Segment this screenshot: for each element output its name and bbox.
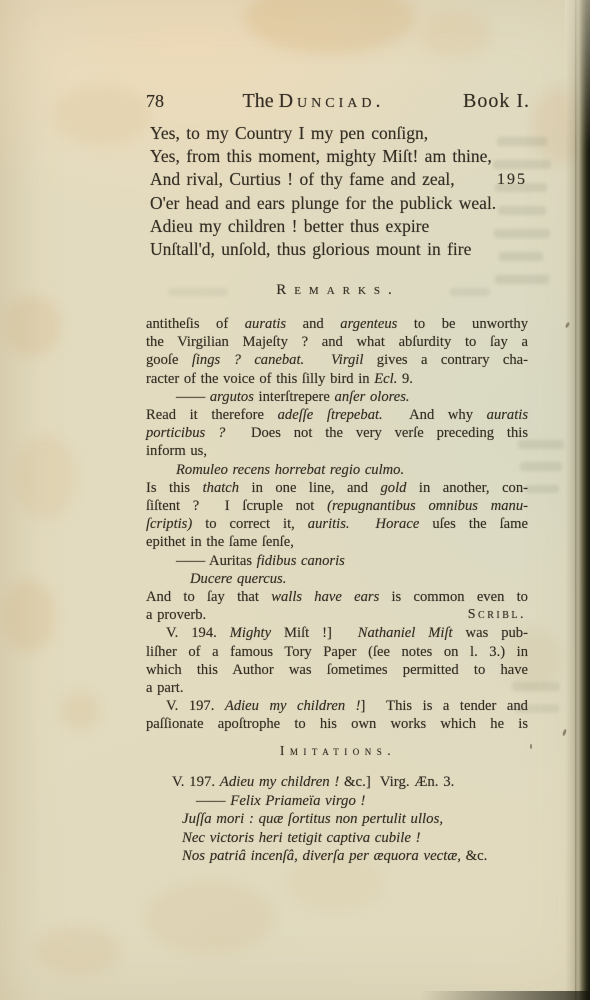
text-segment: Juſſa mori : quæ ſortitus non pertulit u… [182,811,443,827]
foxing-stain [60,690,100,730]
text-line: antitheſis of auratis and argenteus to b… [146,315,528,333]
text-segment: Adieu my children ! better thus expire [150,216,429,236]
text-segment: auratis [487,407,528,423]
text-segment: Does not the very verſe preceding this [225,425,528,441]
text-line: Ducere quercus. [146,570,528,588]
text-line: V. 197. Adieu my children ! &c.] Virg. Æ… [152,773,534,792]
text-segment: walls have ears [271,589,379,605]
text-line: ſiſtent ? I ſcruple not (repugnantibus o… [146,497,528,515]
text-segment: &c.] Virg. Æn. 3. [339,774,454,790]
text-segment: is common even to [379,589,528,605]
text-segment: epithet in the ſame ſenſe, [146,534,294,550]
text-segment: —— [196,793,230,809]
text-segment: V. 197. [172,774,220,790]
ink-speck [530,744,532,749]
text-segment: interſtrepere [254,389,335,405]
text-segment: was pub- [453,625,528,641]
text-segment: —— Auritas [176,553,257,569]
text-segment: Virgil [331,352,363,368]
imitations-heading: Imitations. [146,744,530,758]
text-line: V. 194. Mighty Miſt !] Nathaniel Miſt wa… [146,624,528,642]
text-line: —— argutos interſtrepere anſer olores. [146,388,528,406]
text-segment: gives a contrary cha- [363,352,528,368]
text-segment: Mighty [230,625,271,641]
poem-section: Yes, to my Country I my pen conſign,Yes,… [150,122,527,261]
running-head: 78 The Dunciad. Book I. [146,90,530,114]
page-number: 78 [146,91,164,112]
running-title-main: Dunciad. [279,90,385,112]
text-segment: Romuleo recens horrebat regio culmo. [176,462,404,478]
text-segment: (repugnantibus omnibus manu- [327,498,528,514]
text-segment: Unſtall'd, unſold, thus glorious mount i… [150,239,471,259]
text-segment: Nec victoris heri tetigit captiva cubile… [182,830,421,846]
text-segment: antitheſis of [146,316,245,332]
foxing-stain [420,12,490,57]
text-line: O'er head and ears plunge for the public… [150,192,527,215]
text-segment: a part. [146,680,183,696]
text-line: Yes, to my Country I my pen conſign, [150,122,527,145]
text-segment [350,516,376,532]
foxing-stain [15,435,77,520]
remarks-heading: Remarks. [146,283,530,298]
text-segment: O'er head and ears plunge for the public… [150,193,496,213]
text-segment: Adieu my children ! [220,774,340,790]
text-segment: racter of the voice of this ſilly bird i… [146,371,374,387]
text-line: epithet in the ſame ſenſe, [146,533,528,551]
text-segment: Is this [146,480,203,496]
text-segment: And to ſay that [146,589,271,605]
text-segment: and [286,316,340,332]
text-line: Adieu my children ! better thus expire [150,215,527,238]
text-line: Romuleo recens horrebat regio culmo. [146,461,528,479]
text-line: ſcriptis) to correct it, auritis. Horace… [146,515,528,533]
text-line: Yes, from this moment, mighty Miſt! am t… [150,145,527,168]
text-segment: ſcriptis) [146,516,192,532]
text-segment: to correct it, [192,516,308,532]
text-segment: And rival, Curtius ! of thy fame and zea… [150,169,455,189]
text-segment: adeſſe ſtrepebat. [278,407,383,423]
text-line: racter of the voice of this ſilly bird i… [146,370,528,388]
text-segment: ſiſtent ? I ſcruple not [146,498,327,514]
text-line: Read it therefore adeſſe ſtrepebat. And … [146,406,528,424]
text-segment: Ducere quercus. [190,571,286,587]
text-line: V. 197. Adieu my children !] This is a t… [146,697,528,715]
text-segment: thatch [203,480,239,496]
text-segment: Read it therefore [146,407,278,423]
text-segment: Yes, to my Country I my pen conſign, [150,123,428,143]
text-segment: auratis [245,316,286,332]
text-line: inform us, [146,442,528,460]
text-segment: a proverb. [146,607,206,623]
text-line: Unſtall'd, unſold, thus glorious mount i… [150,238,527,261]
text-line: And to ſay that walls have ears is commo… [146,588,528,606]
text-segment [304,352,331,368]
text-segment: which this Author was ſometimes permitte… [146,662,528,678]
text-line: —— Auritas fidibus canoris [146,552,528,570]
text-segment: 9. [397,371,413,387]
text-segment: auritis. [308,516,350,532]
text-segment: argenteus [340,316,397,332]
text-line: a proverb.Scribl. [146,606,528,624]
text-segment: porticibus ? [146,425,225,441]
foxing-stain [35,925,120,977]
text-segment: in one line, and [239,480,380,496]
foxing-stain [245,0,415,54]
text-segment: Miſt !] [271,625,358,641]
text-segment: Adieu my children ! [225,698,361,714]
text-segment: inform us, [146,443,207,459]
text-line: gooſe ſings ? canebat. Virgil gives a co… [146,351,528,369]
book-label: Book I. [463,90,530,113]
text-segment: canebat. [254,352,304,368]
text-line: Nec victoris heri tetigit captiva cubile… [152,829,534,848]
text-segment: fidibus canoris [257,553,345,569]
text-line: a part. [146,679,528,697]
text-line: And rival, Curtius ! of thy fame and zea… [150,168,527,191]
text-segment: Felix Priameïa virgo ! [230,793,365,809]
foxing-stain [145,882,275,954]
text-segment: anſer olores. [335,389,410,405]
running-title-pre: The [243,90,274,112]
text-segment: Nathaniel Miſt [358,625,453,641]
text-line: Nos patriâ incenſâ, diverſa per æquora v… [152,847,534,866]
text-line: paſſionate apoſtrophe to his own works w… [146,715,528,733]
text-line: Juſſa mori : quæ ſortitus non pertulit u… [152,810,534,829]
attribution-scribl: Scribl. [468,606,526,624]
text-segment: &c. [461,848,487,864]
show-through-ghost [525,485,559,493]
bottom-corner-shadow [420,991,590,1000]
remarks-section: antitheſis of auratis and argenteus to b… [146,315,528,734]
text-segment: to be unworthy [397,316,528,332]
foxing-stain [55,85,150,145]
text-segment: paſſionate apoſtrophe to his own works w… [146,716,528,732]
text-line: Is this thatch in one line, and gold in … [146,479,528,497]
text-segment: V. 194. [166,625,230,641]
imitations-section: V. 197. Adieu my children ! &c.] Virg. Æ… [152,773,534,866]
text-segment: the Virgilian Majeſty ? and what abſurdi… [146,334,528,350]
text-segment: Yes, from this moment, mighty Miſt! am t… [150,146,492,166]
text-line: which this Author was ſometimes permitte… [146,661,528,679]
text-segment: argutos [210,389,254,405]
text-segment: in another, con- [406,480,528,496]
text-segment: And why [383,407,487,423]
text-segment: V. 197. [166,698,225,714]
text-segment: gooſe [146,352,192,368]
text-line: porticibus ? Does not the very verſe pre… [146,424,528,442]
poem-line-number: 195 [497,168,527,191]
text-line: the Virgilian Majeſty ? and what abſurdi… [146,333,528,351]
text-segment: Nos patriâ incenſâ, diverſa per æquora v… [182,848,461,864]
text-segment: gold [381,480,407,496]
text-segment: Horace [376,516,420,532]
page-edge-shadow [565,0,590,1000]
text-segment: Ecl. [374,371,397,387]
text-segment: —— [176,389,210,405]
text-line: —— Felix Priameïa virgo ! [152,792,534,811]
foxing-stain [4,580,56,652]
text-segment: uſes the ſame [419,516,528,532]
text-line: liſher of a famous Tory Paper (ſee notes… [146,643,528,661]
text-segment: ſings ? [192,352,241,368]
foxing-stain [6,295,61,357]
text-segment: liſher of a famous Tory Paper (ſee notes… [146,644,528,660]
book-page-scan: 78 The Dunciad. Book I. Yes, to my Count… [0,0,590,1000]
text-segment: ] This is a tender and [361,698,528,714]
text-segment [241,352,254,368]
running-title: The Dunciad. [243,90,385,113]
